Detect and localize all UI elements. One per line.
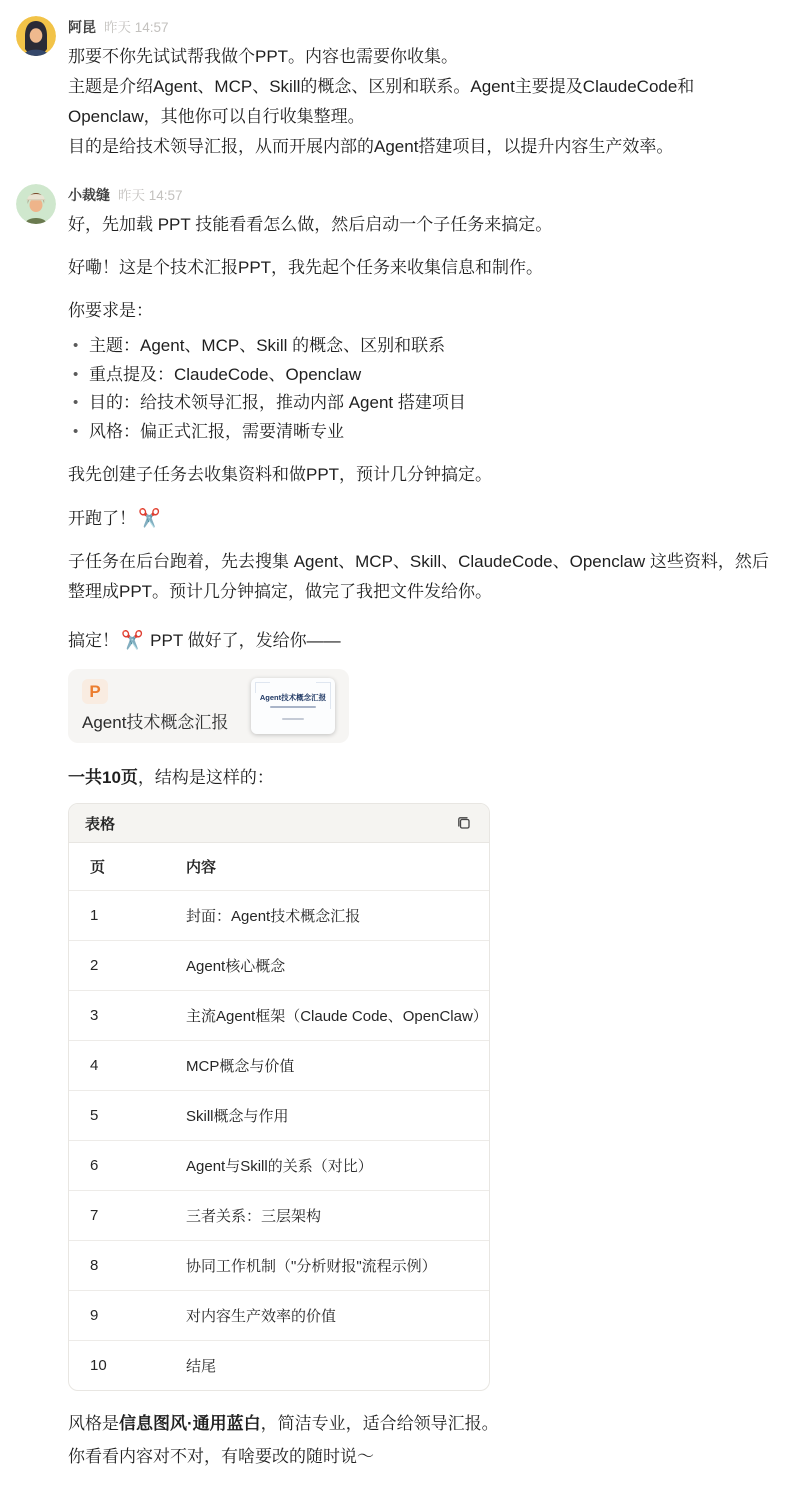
message-paragraph: 风格是信息图风·通用蓝白，简洁专业，适合给领导汇报。 bbox=[68, 1409, 780, 1439]
pages-count: 一共10页 bbox=[68, 768, 138, 787]
list-item: 风格：偏正式汇报，需要清晰专业 bbox=[68, 418, 780, 447]
message-line: 主题是介绍Agent、MCP、Skill的概念、区别和联系。Agent主要提及C… bbox=[68, 72, 780, 132]
page-cell: 10 bbox=[69, 1341, 165, 1391]
message-paragraph: 搞定！✂️ PPT 做好了，发给你—— bbox=[68, 625, 780, 656]
message-paragraph: 你看看内容对不对，有啥要改的随时说～ bbox=[68, 1442, 780, 1472]
thumbnail-footer-bar bbox=[282, 718, 304, 720]
message-paragraph: 子任务在后台跑着，先去搜集 Agent、MCP、Skill、ClaudeCode… bbox=[68, 547, 780, 607]
content-cell: Skill概念与作用 bbox=[165, 1091, 489, 1141]
tailor-avatar-icon bbox=[16, 184, 56, 224]
table-row: 7三者关系：三层架构 bbox=[69, 1191, 489, 1241]
message-text: ，结构是这样的： bbox=[138, 768, 274, 787]
table-row: 3主流Agent框架（Claude Code、OpenClaw） bbox=[69, 991, 489, 1041]
thumbnail-slide-title: Agent技术概念汇报 bbox=[260, 692, 326, 703]
message-text: 搞定！ bbox=[68, 631, 119, 650]
file-info: P Agent技术概念汇报 bbox=[82, 679, 228, 733]
message-text: ，简洁专业，适合给领导汇报。 bbox=[261, 1414, 499, 1433]
message-paragraph: 我先创建子任务去收集资料和做PPT，预计几分钟搞定。 bbox=[68, 460, 780, 490]
table-card: 表格 页 内容 bbox=[68, 803, 490, 1391]
message-paragraph: 开跑了！✂️ bbox=[68, 503, 780, 534]
table-header-row: 页 内容 bbox=[69, 843, 489, 891]
page-cell: 2 bbox=[69, 941, 165, 991]
style-name: 信息图风·通用蓝白 bbox=[119, 1414, 261, 1433]
copy-icon bbox=[456, 815, 472, 831]
message-header: 阿昆 昨天 14:57 bbox=[68, 16, 780, 37]
table-row: 5Skill概念与作用 bbox=[69, 1091, 489, 1141]
timestamp: 昨天 14:57 bbox=[118, 184, 183, 204]
page-cell: 1 bbox=[69, 891, 165, 941]
content-cell: MCP概念与价值 bbox=[165, 1041, 489, 1091]
message-line: 那要不你先试试帮我做个PPT。内容也需要你收集。 bbox=[68, 42, 780, 72]
content-cell: Agent核心概念 bbox=[165, 941, 489, 991]
message-akun: 阿昆 昨天 14:57 那要不你先试试帮我做个PPT。内容也需要你收集。 主题是… bbox=[16, 16, 780, 162]
page-cell: 3 bbox=[69, 991, 165, 1041]
message-body: 小裁缝 昨天 14:57 好，先加载 PPT 技能看看怎么做，然后启动一个子任务… bbox=[68, 184, 780, 1472]
table-row: 8协同工作机制（"分析财报"流程示例） bbox=[69, 1241, 489, 1291]
message-line: 目的是给技术领导汇报，从而开展内部的Agent搭建项目，以提升内容生产效率。 bbox=[68, 132, 780, 162]
message-xiaocaifeng: 小裁缝 昨天 14:57 好，先加载 PPT 技能看看怎么做，然后启动一个子任务… bbox=[16, 184, 780, 1472]
table-row: 6Agent与Skill的关系（对比） bbox=[69, 1141, 489, 1191]
table-row: 9对内容生产效率的价值 bbox=[69, 1291, 489, 1341]
list-item: 主题：Agent、MCP、Skill 的概念、区别和联系 bbox=[68, 332, 780, 361]
structure-table: 页 内容 1封面：Agent技术概念汇报 2Agent核心概念 3主流Agent… bbox=[69, 843, 489, 1390]
copy-button[interactable] bbox=[453, 812, 475, 834]
list-item: 目的：给技术领导汇报，推动内部 Agent 搭建项目 bbox=[68, 389, 780, 418]
message-header: 小裁缝 昨天 14:57 bbox=[68, 184, 780, 205]
message-body: 阿昆 昨天 14:57 那要不你先试试帮我做个PPT。内容也需要你收集。 主题是… bbox=[68, 16, 780, 162]
message-paragraph: 你要求是： bbox=[68, 296, 780, 326]
message-paragraph: 好，先加载 PPT 技能看看怎么做，然后启动一个子任务来搞定。 bbox=[68, 210, 780, 240]
page-cell: 4 bbox=[69, 1041, 165, 1091]
author-name: 阿昆 bbox=[68, 17, 96, 37]
woman-avatar-icon bbox=[16, 16, 56, 56]
ppt-file-card[interactable]: P Agent技术概念汇报 Agent技术概念汇报 bbox=[68, 669, 349, 743]
file-thumbnail: Agent技术概念汇报 bbox=[251, 678, 335, 734]
scissors-icon: ✂️ bbox=[119, 630, 145, 650]
message-text: 开跑了！ bbox=[68, 509, 136, 528]
file-title: Agent技术概念汇报 bbox=[82, 708, 228, 733]
author-name: 小裁缝 bbox=[68, 185, 110, 205]
page-cell: 9 bbox=[69, 1291, 165, 1341]
content-cell: 结尾 bbox=[165, 1341, 489, 1391]
table-row: 10结尾 bbox=[69, 1341, 489, 1391]
thumbnail-subtitle-bar bbox=[270, 706, 316, 708]
message-paragraph: 一共10页，结构是这样的： bbox=[68, 763, 780, 793]
table-title: 表格 bbox=[85, 813, 115, 834]
table-row: 2Agent核心概念 bbox=[69, 941, 489, 991]
page-cell: 7 bbox=[69, 1191, 165, 1241]
table-toolbar: 表格 bbox=[69, 804, 489, 843]
page-cell: 8 bbox=[69, 1241, 165, 1291]
content-cell: 对内容生产效率的价值 bbox=[165, 1291, 489, 1341]
column-header-page: 页 bbox=[69, 843, 165, 891]
avatar-akun[interactable] bbox=[16, 16, 56, 56]
content-cell: 封面：Agent技术概念汇报 bbox=[165, 891, 489, 941]
message-text: 那要不你先试试帮我做个PPT。内容也需要你收集。 主题是介绍Agent、MCP、… bbox=[68, 42, 780, 162]
content-cell: 三者关系：三层架构 bbox=[165, 1191, 489, 1241]
table-row: 1封面：Agent技术概念汇报 bbox=[69, 891, 489, 941]
avatar-xiaocaifeng[interactable] bbox=[16, 184, 56, 224]
message-text: 风格是 bbox=[68, 1414, 119, 1433]
requirements-list: 主题：Agent、MCP、Skill 的概念、区别和联系 重点提及：Claude… bbox=[68, 332, 780, 446]
page-cell: 6 bbox=[69, 1141, 165, 1191]
timestamp: 昨天 14:57 bbox=[104, 16, 169, 36]
ppt-icon: P bbox=[82, 679, 108, 704]
message-text: PPT 做好了，发给你—— bbox=[145, 631, 340, 650]
list-item: 重点提及：ClaudeCode、Openclaw bbox=[68, 361, 780, 390]
table-row: 4MCP概念与价值 bbox=[69, 1041, 489, 1091]
scissors-icon: ✂️ bbox=[136, 508, 162, 528]
page-cell: 5 bbox=[69, 1091, 165, 1141]
content-cell: Agent与Skill的关系（对比） bbox=[165, 1141, 489, 1191]
content-cell: 主流Agent框架（Claude Code、OpenClaw） bbox=[165, 991, 489, 1041]
message-paragraph: 好嘞！这是个技术汇报PPT，我先起个任务来收集信息和制作。 bbox=[68, 253, 780, 283]
chat-thread: 阿昆 昨天 14:57 那要不你先试试帮我做个PPT。内容也需要你收集。 主题是… bbox=[0, 0, 796, 1496]
column-header-content: 内容 bbox=[165, 843, 489, 891]
content-cell: 协同工作机制（"分析财报"流程示例） bbox=[165, 1241, 489, 1291]
